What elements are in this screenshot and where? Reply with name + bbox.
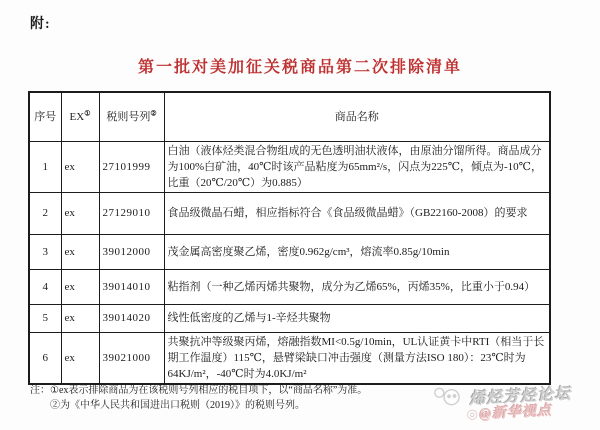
cell-seq: 5 (29, 304, 61, 332)
table-row: 2 ex 27129010 食品级微晶石蜡，相应指标符合《食品级微晶蜡》（GB2… (29, 192, 550, 234)
col-header-tariff-code-sup: ② (150, 109, 156, 117)
table-header-row: 序号 EX① 税则号列② 商品名称 (29, 92, 550, 141)
table-row: 3 ex 39012000 茂金属高密度聚乙烯，密度0.962g/cm³，熔流率… (29, 234, 550, 269)
cell-ex: ex (61, 141, 99, 192)
col-header-seq: 序号 (29, 92, 61, 141)
col-header-tariff-code-label: 税则号列 (106, 111, 150, 123)
cell-ex: ex (61, 192, 99, 234)
col-header-ex-label: EX (70, 111, 85, 123)
cell-seq: 4 (29, 269, 61, 304)
cell-goods-name: 白油（液体烃类混合物组成的无色透明油状液体，由原油分馏所得。商品成分为100%白… (164, 141, 550, 192)
cell-tariff-code: 39014010 (99, 269, 164, 304)
cell-tariff-code: 27129010 (99, 192, 164, 234)
watermark-source-row: ◎ @新华视点 (466, 400, 553, 424)
footnote-line-1: ①ex表示排除商品为在该税则号列相应的税目项下，以“商品名称”为准。 (50, 384, 367, 399)
cell-ex: ex (61, 304, 99, 332)
cell-tariff-code: 39014020 (99, 304, 164, 332)
attachment-label: 附: (30, 13, 51, 33)
table-row: 6 ex 39021000 共聚抗冲等级聚丙烯，熔融指数MI<0.5g/10mi… (29, 332, 550, 384)
cell-goods-name: 线性低密度的乙烯与1-辛烃共聚物 (164, 304, 550, 332)
cell-ex: ex (61, 269, 99, 304)
col-header-goods-name: 商品名称 (164, 92, 550, 141)
table-row: 5 ex 39014020 线性低密度的乙烯与1-辛烃共聚物 (29, 304, 550, 332)
cell-tariff-code: 27101999 (99, 141, 164, 192)
table-row: 4 ex 39014010 粘指剂（一种乙烯丙烯共聚物，成分为乙烯65%，丙烯3… (29, 269, 550, 304)
cell-goods-name: 食品级微晶石蜡，相应指标符合《食品级微晶蜡》（GB22160-2008）的要求 (164, 192, 550, 234)
cell-goods-name: 共聚抗冲等级聚丙烯，熔融指数MI<0.5g/10min，UL认证黄卡中RTI（相… (164, 332, 550, 384)
col-header-ex-sup: ① (84, 109, 90, 117)
cell-seq: 6 (29, 332, 61, 384)
table-row: 1 ex 27101999 白油（液体烃类混合物组成的无色透明油状液体，由原油分… (29, 141, 550, 192)
cell-ex: ex (61, 234, 99, 269)
footnote-prefix: 注： (30, 384, 50, 413)
cell-tariff-code: 39012000 (99, 234, 164, 269)
watermark-source-text: @新华视点 (479, 400, 553, 424)
watermark-forum-text: 烯烃芳烃论坛 (469, 381, 572, 409)
cell-seq: 2 (29, 192, 61, 234)
eye-icon: ◎ (466, 406, 478, 423)
col-header-ex: EX① (61, 92, 99, 141)
footnote: 注： ①ex表示排除商品为在该税则号列相应的税目项下，以“商品名称”为准。 ②为… (30, 384, 460, 413)
footnote-line-2: ②为《中华人民共和国进出口税则（2019）》的税则号列。 (50, 399, 367, 414)
col-header-tariff-code: 税则号列② (99, 92, 164, 141)
page-title: 第一批对美加征关税商品第二次排除清单 (0, 54, 600, 77)
cell-tariff-code: 39021000 (99, 332, 164, 384)
col-header-seq-label: 序号 (34, 111, 56, 123)
exclusion-list-table: 序号 EX① 税则号列② 商品名称 1 ex 27101999 白油（液体烃类混… (28, 91, 551, 385)
document-page: 附: 第一批对美加征关税商品第二次排除清单 序号 EX① 税则号列② 商品名称 … (0, 0, 600, 430)
cell-ex: ex (61, 332, 99, 384)
cell-goods-name: 茂金属高密度聚乙烯，密度0.962g/cm³，熔流率0.85g/10min (164, 234, 550, 269)
cell-goods-name: 粘指剂（一种乙烯丙烯共聚物，成分为乙烯65%，丙烯35%，比重小于0.94） (164, 269, 550, 304)
col-header-goods-name-label: 商品名称 (335, 111, 379, 123)
cell-seq: 1 (29, 141, 61, 192)
cell-seq: 3 (29, 234, 61, 269)
